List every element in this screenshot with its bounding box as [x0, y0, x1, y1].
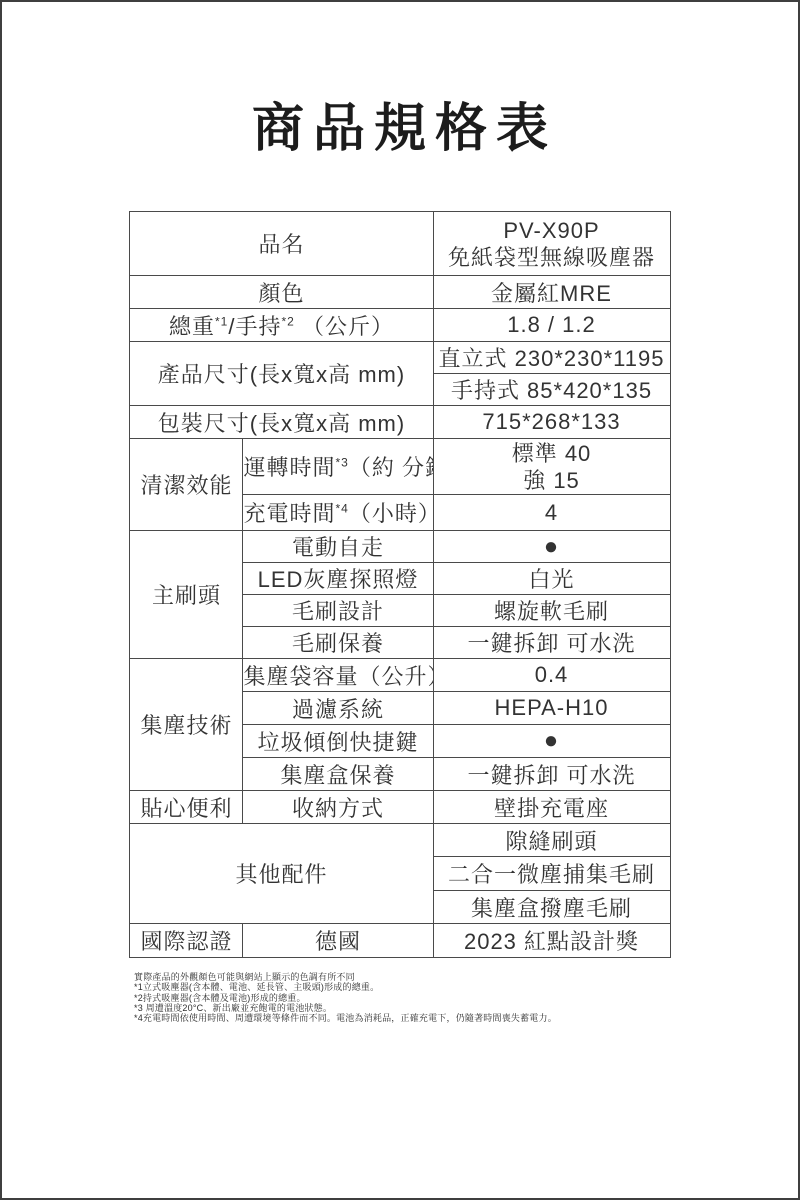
table-row-accessory-1: 其他配件 隙縫刷頭 — [130, 824, 670, 857]
brush-care-value: 一鍵拆卸 可水洗 — [433, 627, 670, 659]
product-size-upright-value: 直立式 230*230*1195 — [433, 342, 670, 374]
footnote-2: *2持式吸塵器(含本體及電池)形成的總重。 — [134, 993, 798, 1003]
filter-system-label: 過濾系統 — [243, 692, 433, 725]
self-propel-label: 電動自走 — [243, 531, 433, 563]
cleaning-group-label: 清潔效能 — [130, 439, 243, 531]
accessory-crevice-value: 隙縫刷頭 — [433, 824, 670, 857]
dust-capacity-value: 0.4 — [433, 659, 670, 692]
page-title: 商品規格表 — [2, 86, 798, 161]
filter-system-value: HEPA-H10 — [433, 692, 670, 725]
table-row-runtime: 清潔效能 運轉時間*3（約 分鐘） 標準 40 強 15 — [130, 439, 670, 495]
brush-design-value: 螺旋軟毛刷 — [433, 595, 670, 627]
footnote-color-disclaimer: 實際產品的外觀顏色可能與網站上顯示的色調有所不同 — [134, 972, 798, 982]
table-row-package-size: 包裝尺寸(長x寬x高 mm) 715*268*133 — [130, 406, 670, 439]
accessory-2in1-value: 二合一微塵捕集毛刷 — [433, 857, 670, 891]
self-propel-value: ● — [433, 531, 670, 563]
package-size-label: 包裝尺寸(長x寬x高 mm) — [130, 406, 433, 439]
dustbox-care-label: 集塵盒保養 — [243, 758, 433, 791]
product-model: PV-X90P — [434, 217, 670, 244]
product-size-handheld-value: 手持式 85*420*135 — [433, 374, 670, 406]
footnotes: 實際產品的外觀顏色可能與網站上顯示的色調有所不同 *1立式吸塵器(含本體、電池、… — [134, 972, 798, 1023]
weight-value: 1.8 / 1.2 — [433, 309, 670, 342]
spec-sheet-page: 商品規格表 品名 PV-X90P 免紙袋型無線吸塵器 顏色 金屬紅MRE 總重*… — [0, 0, 800, 1200]
convenience-group-label: 貼心便利 — [130, 791, 243, 824]
footnote-4: *4充電時間依使用時間、周遭環境等條件而不同。電池為消耗品，正確充電下，仍隨著時… — [134, 1013, 798, 1023]
table-row-color: 顏色 金屬紅MRE — [130, 276, 670, 309]
storage-label: 收納方式 — [243, 791, 433, 824]
accessories-label: 其他配件 — [130, 824, 433, 924]
dust-tech-group-label: 集塵技術 — [130, 659, 243, 791]
led-light-label: LED灰塵探照燈 — [243, 563, 433, 595]
table-row-self-propel: 主刷頭 電動自走 ● — [130, 531, 670, 563]
package-size-value: 715*268*133 — [433, 406, 670, 439]
footnote-ref-2: *2 — [281, 314, 294, 328]
runtime-strong: 強 15 — [434, 467, 670, 494]
color-label: 顏色 — [130, 276, 433, 309]
runtime-label: 運轉時間*3（約 分鐘） — [243, 439, 433, 495]
table-row-certification: 國際認證 德國 2023 紅點設計獎 — [130, 924, 670, 958]
spec-table: 品名 PV-X90P 免紙袋型無線吸塵器 顏色 金屬紅MRE 總重*1/手持*2… — [129, 211, 670, 958]
filled-dot-icon: ● — [544, 533, 560, 560]
table-row-product-size-1: 產品尺寸(長x寬x高 mm) 直立式 230*230*1195 — [130, 342, 670, 374]
product-type: 免紙袋型無線吸塵器 — [434, 244, 670, 271]
certification-group-label: 國際認證 — [130, 924, 243, 958]
led-light-value: 白光 — [433, 563, 670, 595]
table-row-dust-capacity: 集塵技術 集塵袋容量（公升） 0.4 — [130, 659, 670, 692]
brush-care-label: 毛刷保養 — [243, 627, 433, 659]
filled-dot-icon: ● — [544, 727, 560, 754]
color-value: 金屬紅MRE — [433, 276, 670, 309]
table-row-product-name: 品名 PV-X90P 免紙袋型無線吸塵器 — [130, 212, 670, 276]
certification-country-label: 德國 — [243, 924, 433, 958]
footnote-3: *3 周遭溫度20°C、新出廠並充飽電的電池狀態。 — [134, 1003, 798, 1013]
product-size-label: 產品尺寸(長x寬x高 mm) — [130, 342, 433, 406]
table-row-weight: 總重*1/手持*2 （公斤） 1.8 / 1.2 — [130, 309, 670, 342]
charge-time-value: 4 — [433, 495, 670, 531]
product-name-value: PV-X90P 免紙袋型無線吸塵器 — [433, 212, 670, 276]
dust-capacity-label: 集塵袋容量（公升） — [243, 659, 433, 692]
dump-shortcut-value: ● — [433, 725, 670, 758]
footnote-ref-4: *4 — [336, 502, 349, 516]
product-name-label: 品名 — [130, 212, 433, 276]
weight-label: 總重*1/手持*2 （公斤） — [130, 309, 433, 342]
storage-value: 壁掛充電座 — [433, 791, 670, 824]
dustbox-care-value: 一鍵拆卸 可水洗 — [433, 758, 670, 791]
certification-value: 2023 紅點設計獎 — [433, 924, 670, 958]
footnote-ref-1: *1 — [215, 314, 228, 328]
brush-head-group-label: 主刷頭 — [130, 531, 243, 659]
footnote-ref-3: *3 — [336, 456, 349, 470]
runtime-standard: 標準 40 — [434, 440, 670, 467]
dump-shortcut-label: 垃圾傾倒快捷鍵 — [243, 725, 433, 758]
charge-time-label: 充電時間*4（小時） — [243, 495, 433, 531]
footnote-1: *1立式吸塵器(含本體、電池、延長管、主吸頭)形成的總重。 — [134, 982, 798, 992]
brush-design-label: 毛刷設計 — [243, 595, 433, 627]
table-row-storage: 貼心便利 收納方式 壁掛充電座 — [130, 791, 670, 824]
accessory-dustbox-brush-value: 集塵盒撥塵毛刷 — [433, 891, 670, 924]
runtime-value: 標準 40 強 15 — [433, 439, 670, 495]
